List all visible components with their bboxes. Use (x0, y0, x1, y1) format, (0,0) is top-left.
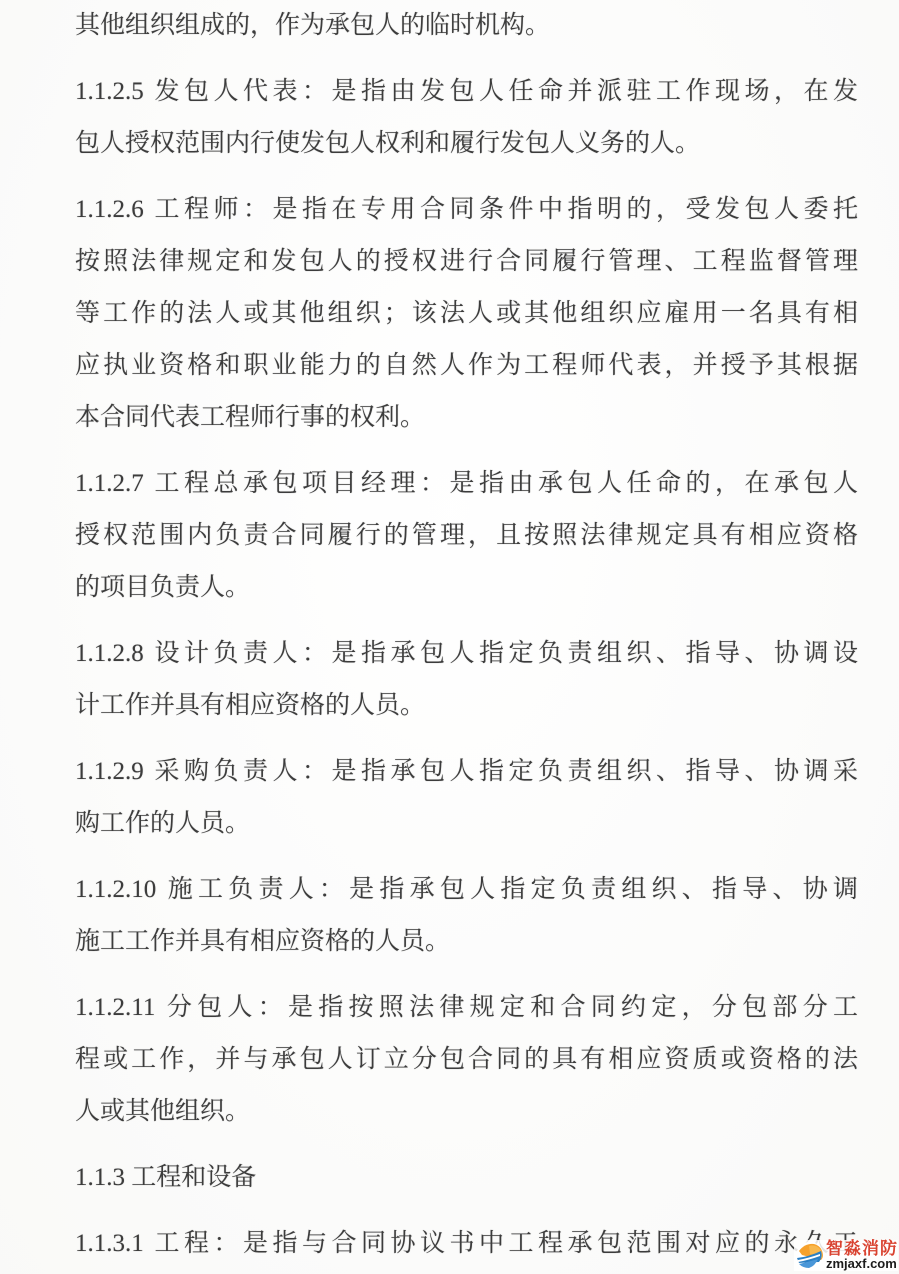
text-line: 计工作并具有相应资格的人员。 (75, 680, 858, 732)
clause-paragraph: 1.1.3 工程和设备 (75, 1152, 858, 1204)
text-line: 1.1.2.11 分包人：是指按照法律规定和合同约定，分包部分工 (75, 982, 858, 1034)
text-line: 1.1.3.1 工程：是指与合同协议书中工程承包范围对应的永久工 (75, 1218, 858, 1270)
text-line: 施工工作并具有相应资格的人员。 (75, 916, 858, 968)
clause-paragraph: 1.1.2.8 设计负责人：是指承包人指定负责组织、指导、协调设 计工作并具有相… (75, 628, 858, 732)
text-line: 按照法律规定和发包人的授权进行合同履行管理、工程监督管理 (75, 236, 858, 288)
watermark-logo: 智淼消防 zmjaxf.com (794, 1240, 898, 1271)
clause-paragraph: 1.1.2.5 发包人代表：是指由发包人任命并派驻工作现场，在发 包人授权范围内… (75, 66, 858, 170)
clause-paragraph: 1.1.2.10 施工负责人：是指承包人指定负责组织、指导、协调 施工工作并具有… (75, 864, 858, 968)
text-line: 购工作的人员。 (75, 798, 858, 850)
brand-swoosh-icon (796, 1242, 824, 1270)
text-line: 授权范围内负责合同履行的管理，且按照法律规定具有相应资格 (75, 510, 858, 562)
text-line: 1.1.2.10 施工负责人：是指承包人指定负责组织、指导、协调 (75, 864, 858, 916)
text-line: 人或其他组织。 (75, 1086, 858, 1138)
text-line: 1.1.2.8 设计负责人：是指承包人指定负责组织、指导、协调设 (75, 628, 858, 680)
text-line: 应执业资格和职业能力的自然人作为工程师代表，并授予其根据 (75, 340, 858, 392)
clause-paragraph: 其他组织组成的，作为承包人的临时机构。 (75, 0, 858, 52)
brand-site: zmjaxf.com (826, 1257, 898, 1271)
clause-paragraph: 1.1.3.1 工程：是指与合同协议书中工程承包范围对应的永久工 (75, 1218, 858, 1270)
text-line: 1.1.2.5 发包人代表：是指由发包人任命并派驻工作现场，在发 (75, 66, 858, 118)
document-page: 其他组织组成的，作为承包人的临时机构。 1.1.2.5 发包人代表：是指由发包人… (0, 0, 899, 1274)
text-line: 等工作的法人或其他组织；该法人或其他组织应雇用一名具有相 (75, 288, 858, 340)
clause-paragraph: 1.1.2.11 分包人：是指按照法律规定和合同约定，分包部分工 程或工作，并与… (75, 982, 858, 1138)
clause-paragraph: 1.1.2.9 采购负责人：是指承包人指定负责组织、指导、协调采 购工作的人员。 (75, 746, 858, 850)
brand-name: 智淼消防 (826, 1240, 898, 1257)
text-line: 1.1.2.7 工程总承包项目经理：是指由承包人任命的，在承包人 (75, 458, 858, 510)
text-line: 程或工作，并与承包人订立分包合同的具有相应资质或资格的法 (75, 1034, 858, 1086)
text-line: 的项目负责人。 (75, 562, 858, 614)
text-line: 1.1.2.9 采购负责人：是指承包人指定负责组织、指导、协调采 (75, 746, 858, 798)
text-line: 其他组织组成的，作为承包人的临时机构。 (75, 0, 858, 52)
clause-paragraph: 1.1.2.6 工程师：是指在专用合同条件中指明的，受发包人委托 按照法律规定和… (75, 184, 858, 444)
watermark-text: 智淼消防 zmjaxf.com (826, 1240, 898, 1271)
text-line: 本合同代表工程师行事的权利。 (75, 392, 858, 444)
text-line: 包人授权范围内行使发包人权利和履行发包人义务的人。 (75, 118, 858, 170)
text-line: 1.1.2.6 工程师：是指在专用合同条件中指明的，受发包人委托 (75, 184, 858, 236)
clause-paragraph: 1.1.2.7 工程总承包项目经理：是指由承包人任命的，在承包人 授权范围内负责… (75, 458, 858, 614)
text-line: 1.1.3 工程和设备 (75, 1152, 858, 1204)
